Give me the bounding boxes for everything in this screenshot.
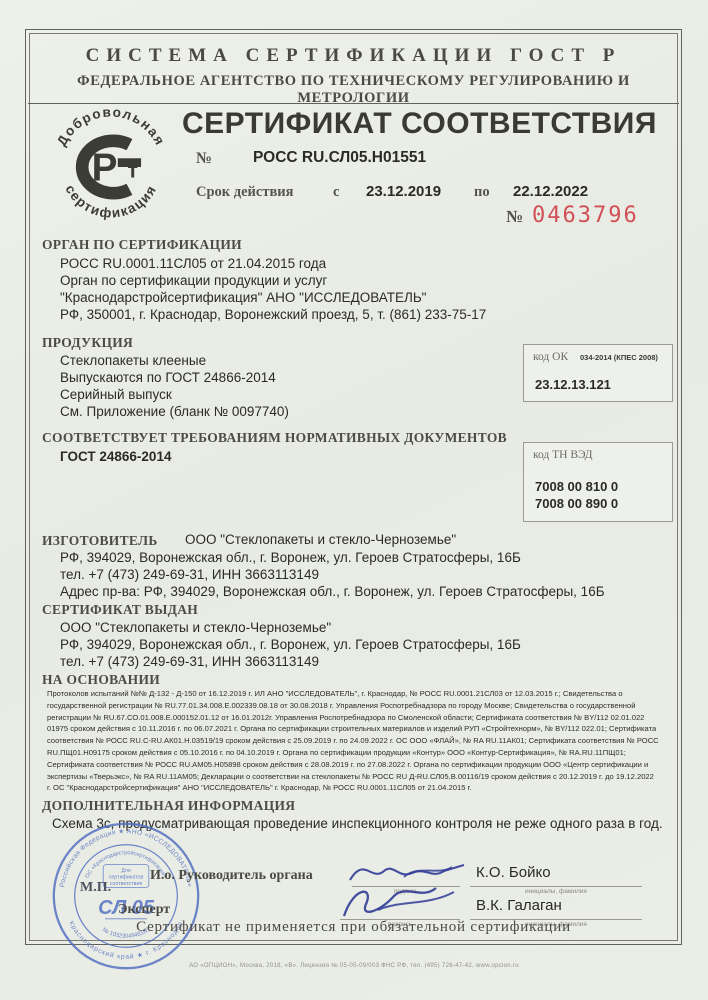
validity-label: Срок действия <box>196 184 293 201</box>
stamp-center-small-line: Для <box>121 868 131 874</box>
cert-number-value: РОСС RU.СЛ05.Н01551 <box>253 149 426 167</box>
issued-line: тел. +7 (473) 249-69-31, ИНН 3663113149 <box>60 653 319 670</box>
product-line: Стеклопакеты клееные <box>60 352 206 369</box>
certificate-page: СИСТЕМА СЕРТИФИКАЦИИ ГОСТ Р ФЕДЕРАЛЬНОЕ … <box>0 0 708 1000</box>
manufacturer-line: РФ, 394029, Воронежская обл., г. Воронеж… <box>60 549 521 566</box>
org-line: РОСС RU.0001.11СЛ05 от 21.04.2015 года <box>60 255 326 272</box>
cert-number-sign: № <box>196 150 212 168</box>
issued-heading: СЕРТИФИКАТ ВЫДАН <box>42 602 198 618</box>
head-of-body-label: И.о. Руководитель органа <box>150 868 313 884</box>
validity-to-date: 22.12.2022 <box>513 183 588 200</box>
expert-label: Эксперт <box>118 902 170 918</box>
rst-mark-p: Р <box>92 147 118 190</box>
code-ok-label: код ОК <box>533 351 568 363</box>
conformity-standard: ГОСТ 24866-2014 <box>60 448 171 465</box>
manufacturer-line: тел. +7 (473) 249-69-31, ИНН 3663113149 <box>60 566 319 583</box>
blank-number-value: 0463796 <box>532 203 639 228</box>
agency-title: ФЕДЕРАЛЬНОЕ АГЕНТСТВО ПО ТЕХНИЧЕСКОМУ РЕ… <box>28 73 679 107</box>
certificate-title: СЕРТИФИКАТ СООТВЕТСТВИЯ <box>182 107 678 141</box>
basis-heading: НА ОСНОВАНИИ <box>42 672 160 688</box>
system-title: СИСТЕМА СЕРТИФИКАЦИИ ГОСТ Р <box>28 45 679 67</box>
basis-text: Протоколов испытаний №№ Д-132 - Д-150 от… <box>47 688 659 794</box>
issued-line: РФ, 394029, Воронежская обл., г. Воронеж… <box>60 636 521 653</box>
org-line: РФ, 350001, г. Краснодар, Воронежский пр… <box>60 306 486 323</box>
org-line: "Краснодарстройсертификация" АНО "ИССЛЕД… <box>60 289 426 306</box>
validity-from-date: 23.12.2019 <box>366 183 441 200</box>
printer-imprint: АО «ОПЦИОН», Москва, 2018, «В». Лицензия… <box>0 963 708 969</box>
head-name: К.О. Бойко <box>476 864 551 881</box>
manufacturer-name: ООО "Стеклопакеты и стекло-Черноземье" <box>185 531 456 548</box>
blank-number-sign: № <box>506 207 523 227</box>
head-name-line <box>470 886 642 887</box>
mp-mark: М.П. <box>80 880 111 896</box>
rst-logo: Добровольная сертификация Р т <box>48 104 174 230</box>
expert-name: В.К. Галаган <box>476 897 562 914</box>
code-tnved-box: код ТН ВЭД 7008 00 810 0 7008 00 890 0 <box>523 442 673 522</box>
issued-line: ООО "Стеклопакеты и стекло-Черноземье" <box>60 619 331 636</box>
code-ok-value: 23.12.13.121 <box>535 377 611 392</box>
validity-to-label: по <box>474 184 490 201</box>
expert-signature-ink <box>336 878 466 924</box>
code-tnved-label: код ТН ВЭД <box>533 449 593 461</box>
mandatory-certification-note: Сертификат не применяется при обязательн… <box>28 919 679 936</box>
manufacturer-line: Адрес пр-ва: РФ, 394029, Воронежская обл… <box>60 583 605 600</box>
header-strip: СИСТЕМА СЕРТИФИКАЦИИ ГОСТ Р ФЕДЕРАЛЬНОЕ … <box>28 32 679 104</box>
product-heading: ПРОДУКЦИЯ <box>42 335 133 351</box>
additional-heading: ДОПОЛНИТЕЛЬНАЯ ИНФОРМАЦИЯ <box>42 798 295 814</box>
product-line: См. Приложение (бланк № 0097740) <box>60 403 289 420</box>
validity-from-label: с <box>333 184 339 201</box>
org-line: Орган по сертификации продукции и услуг <box>60 272 327 289</box>
conformity-heading: СООТВЕТСТВУЕТ ТРЕБОВАНИЯМ НОРМАТИВНЫХ ДО… <box>42 430 507 446</box>
code-tnved-value: 7008 00 890 0 <box>535 496 618 511</box>
product-line: Серийный выпуск <box>60 386 172 403</box>
org-heading: ОРГАН ПО СЕРТИФИКАЦИИ <box>42 237 242 253</box>
stamp-center-small-line: соответствия <box>110 881 143 887</box>
head-name-caption: инициалы, фамилия <box>470 888 642 895</box>
product-line: Выпускаются по ГОСТ 24866-2014 <box>60 369 276 386</box>
certification-stamp: Российская Федерация ★ АНО «ИССЛЕДОВАТЕЛ… <box>50 820 202 972</box>
stamp-center-small-line: сертификатов <box>109 874 144 880</box>
code-ok-label-small: 034-2014 (КПЕС 2008) <box>580 353 658 362</box>
stamp-outer-circle <box>54 824 198 968</box>
rst-mark-t: т <box>127 159 137 183</box>
code-tnved-value: 7008 00 810 0 <box>535 479 618 494</box>
manufacturer-heading: ИЗГОТОВИТЕЛЬ <box>42 533 158 549</box>
code-ok-box: код ОК 034-2014 (КПЕС 2008) 23.12.13.121 <box>523 344 673 402</box>
